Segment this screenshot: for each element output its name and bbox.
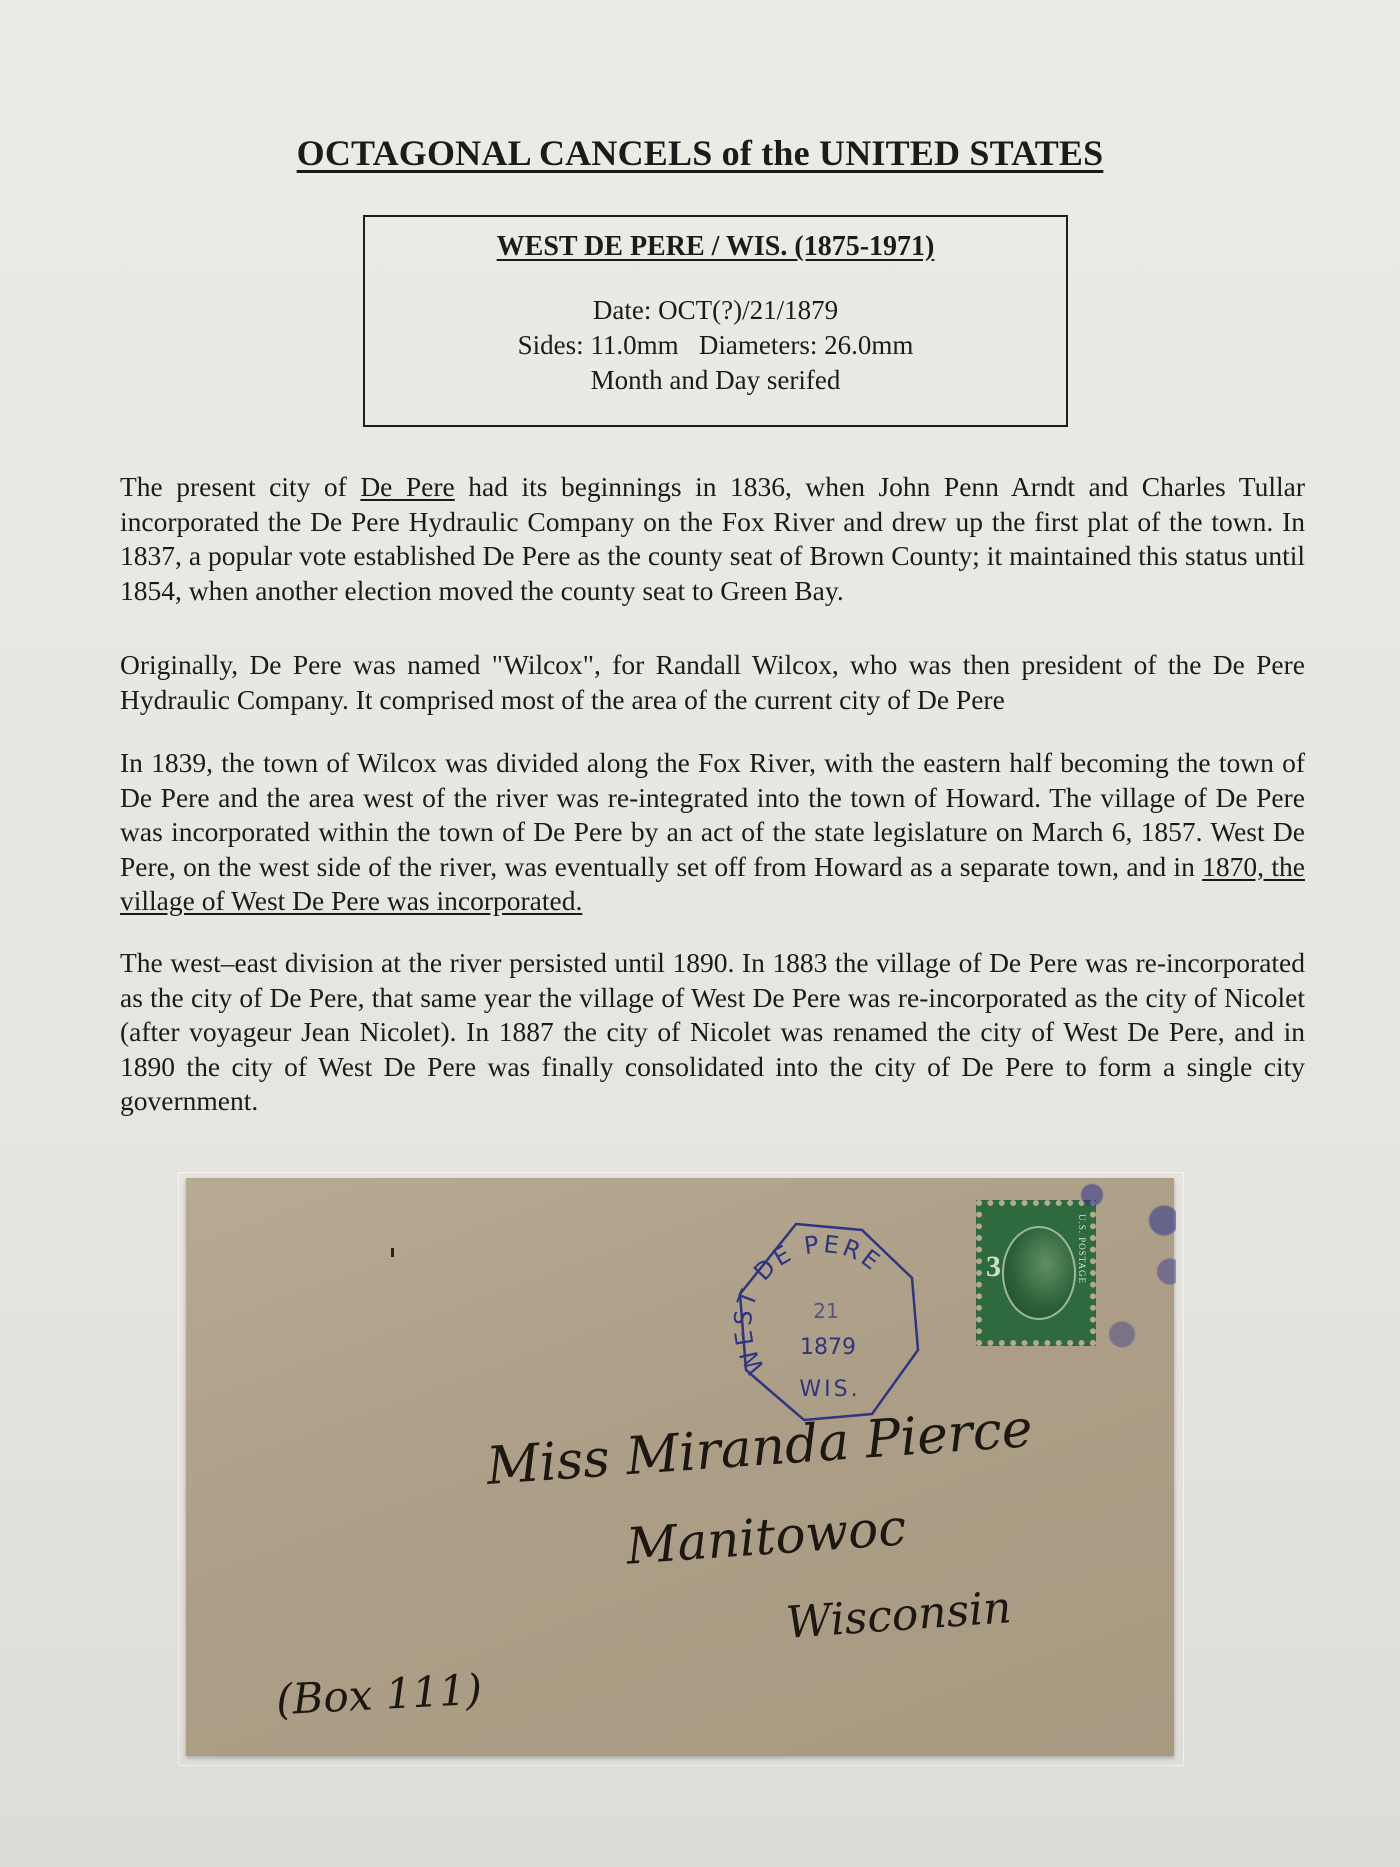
stamp-denomination: 3	[986, 1250, 1001, 1284]
cancel-dimensions: Sides: 11.0mm Diameters: 26.0mm	[365, 328, 1066, 363]
paragraph-history-consolidation: The west–east division at the river pers…	[120, 946, 1305, 1119]
paragraph-history-wilcox: Originally, De Pere was named "Wilcox", …	[120, 648, 1305, 717]
cancel-note: Month and Day serifed	[365, 363, 1066, 398]
postage-stamp: 3 U.S. POSTAGE	[976, 1200, 1096, 1346]
paragraph-history-division: In 1839, the town of Wilcox was divided …	[120, 746, 1305, 919]
page-title: OCTAGONAL CANCELS of the UNITED STATES	[0, 132, 1400, 174]
svg-text:WIS.: WIS.	[799, 1377, 860, 1402]
svg-text:1879: 1879	[800, 1335, 856, 1360]
underlined-de-pere: De Pere	[360, 471, 454, 502]
ink-mark	[391, 1248, 394, 1257]
stamp-legend: U.S. POSTAGE	[1077, 1214, 1087, 1284]
cover-envelope: WEST DE PERE 21 1879 WIS. 3 U.S. POSTAGE…	[186, 1178, 1174, 1756]
paragraph-history-founding: The present city of De Pere had its begi…	[120, 470, 1305, 608]
portrait-icon	[1002, 1226, 1076, 1320]
address-state: Wisconsin	[784, 1582, 1013, 1649]
octagon-cancel-icon: WEST DE PERE 21 1879 WIS.	[726, 1218, 926, 1428]
svg-text:21: 21	[813, 1299, 838, 1323]
cancel-date: Date: OCT(?)/21/1879	[365, 293, 1066, 328]
octagonal-postmark: WEST DE PERE 21 1879 WIS.	[726, 1218, 926, 1428]
paragraph-text: In 1839, the town of Wilcox was divided …	[120, 747, 1305, 882]
address-box-note: (Box 111)	[275, 1665, 483, 1725]
cancel-town-title: WEST DE PERE / WIS. (1875-1971)	[365, 231, 1066, 263]
paragraph-text: The present city of	[120, 471, 360, 502]
address-city: Manitowoc	[624, 1498, 908, 1575]
cancel-info-box: WEST DE PERE / WIS. (1875-1971) Date: OC…	[363, 215, 1068, 427]
